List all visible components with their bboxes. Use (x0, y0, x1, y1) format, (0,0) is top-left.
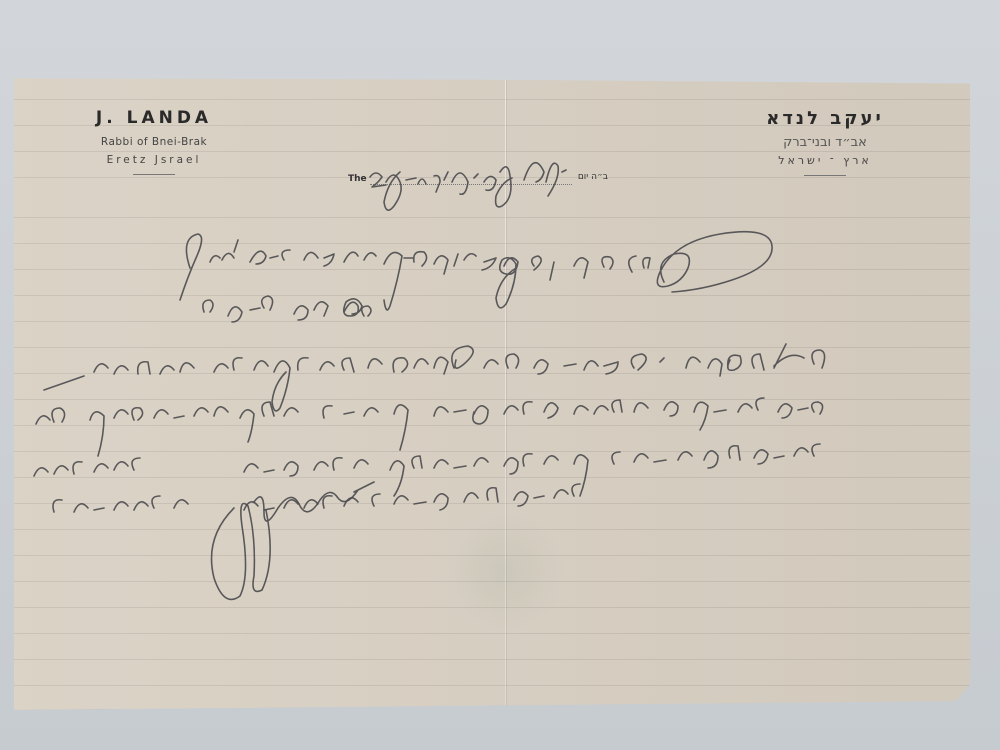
letterhead-location-en: Eretz Jsrael (74, 154, 234, 166)
letterhead-title-en: Rabbi of Bnei-Brak (74, 136, 234, 148)
handwritten-line-5 (34, 444, 820, 496)
letterhead-rule-en (133, 174, 175, 175)
handwritten-signature (212, 482, 375, 599)
letterhead-hebrew: יעקב לנדא אב״ד ובני־ברק ארץ ־ ישראל (740, 108, 910, 176)
date-prefix-he: ב״ה יום (578, 172, 608, 182)
letterhead-title-he: אב״ד ובני־ברק (740, 135, 910, 150)
handwritten-line-6 (53, 484, 580, 512)
handwritten-line-4 (36, 398, 823, 456)
letter-paper: J. LANDA Rabbi of Bnei-Brak Eretz Jsrael… (14, 72, 970, 710)
handwritten-line-2 (203, 296, 371, 322)
handwritten-line-3 (44, 344, 825, 411)
date-line: The ב״ה יום (348, 172, 608, 192)
letterhead-rule-he (804, 175, 846, 176)
handwritten-line-1 (180, 232, 772, 310)
paper-fold-line (505, 72, 506, 710)
date-dotted-line (370, 184, 572, 185)
letterhead-name-en: J. LANDA (74, 108, 234, 128)
date-prefix-en: The (348, 174, 367, 184)
letterhead-name-he: יעקב לנדא (740, 108, 910, 129)
letterhead-location-he: ארץ ־ ישראל (740, 154, 910, 167)
letterhead-english: J. LANDA Rabbi of Bnei-Brak Eretz Jsrael (74, 108, 234, 175)
